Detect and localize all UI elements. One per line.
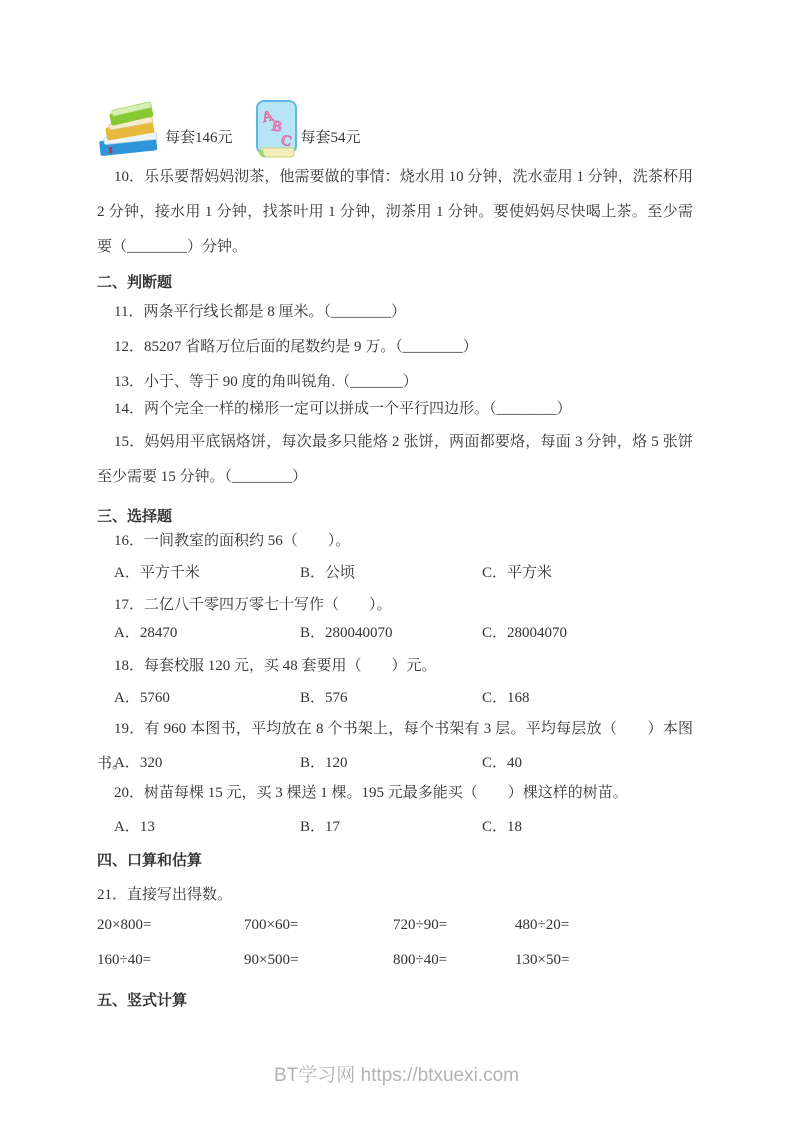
question-20-options: A．13 B．17 C．18 xyxy=(97,810,710,845)
question-18-options: A．5760 B．576 C．168 xyxy=(97,681,710,716)
question-16-stem: 16．一间教室的面积约 56（ ）。 xyxy=(97,524,693,559)
question-17-options: A．28470 B．280040070 C．28004070 xyxy=(97,616,710,651)
question-15: 15．妈妈用平底锅烙饼，每次最多只能烙 2 张饼，两面都要烙，每面 3 分钟，烙… xyxy=(97,425,693,495)
calc-expression: 160÷40= xyxy=(97,943,244,978)
calc-row-1: 20×800= 700×60= 720÷90= 480÷20= xyxy=(97,908,693,943)
calc-expression: 720÷90= xyxy=(393,908,515,943)
section-mental-title: 四、口算和估算 xyxy=(97,846,693,876)
calc-expression: 130×50= xyxy=(515,943,693,978)
question-20-stem: 20．树苗每棵 15 元，买 3 棵送 1 棵。195 元最多能买（ ）棵这样的… xyxy=(97,776,693,811)
option-c: C．18 xyxy=(482,810,710,845)
question-10: 10．乐乐要帮妈妈沏茶，他需要做的事情：烧水用 10 分钟，洗水壶用 1 分钟，… xyxy=(97,160,693,265)
option-b: B．17 xyxy=(300,810,482,845)
question-12: 12．85207 省略万位后面的尾数约是 9 万。（________） xyxy=(97,330,693,365)
question-18-stem: 18．每套校服 120 元，买 48 套要用（ ）元。 xyxy=(97,649,693,684)
option-a: A．平方千米 xyxy=(114,556,300,591)
books-price-label: 每套146元 xyxy=(165,121,233,156)
calc-expression: 480÷20= xyxy=(515,908,693,943)
calc-expression: 20×800= xyxy=(97,908,244,943)
option-a: A．5760 xyxy=(114,681,300,716)
section-vertical-title: 五、竖式计算 xyxy=(97,986,693,1016)
question-16-options: A．平方千米 B．公顷 C．平方米 xyxy=(97,556,710,591)
exam-page: 每套146元 A B C 每套54元 10．乐乐要帮妈妈沏茶，他需要做的事情：烧… xyxy=(0,0,793,1122)
option-b: B．公顷 xyxy=(300,556,482,591)
option-b: B．280040070 xyxy=(300,616,482,651)
footer-watermark-link[interactable]: BT学习网 https://btxuexi.com xyxy=(0,1058,793,1093)
calc-expression: 700×60= xyxy=(244,908,393,943)
question-11: 11．两条平行线长都是 8 厘米。（________） xyxy=(97,295,693,330)
option-c: C．28004070 xyxy=(482,616,710,651)
question-14: 14．两个完全一样的梯形一定可以拼成一个平行四边形。（________） xyxy=(97,392,693,427)
option-b: B．576 xyxy=(300,681,482,716)
price-illustrations: 每套146元 A B C 每套54元 xyxy=(97,96,693,160)
option-a: A．28470 xyxy=(114,616,300,651)
stacked-books-icon xyxy=(97,100,163,160)
abc-book-icon: A B C xyxy=(255,100,299,160)
calc-expression: 90×500= xyxy=(244,943,393,978)
option-c: C．平方米 xyxy=(482,556,710,591)
calc-expression: 800÷40= xyxy=(393,943,515,978)
option-c: C．168 xyxy=(482,681,710,716)
section-judge-title: 二、判断题 xyxy=(97,268,693,298)
option-a: A．13 xyxy=(114,810,300,845)
abc-book-price-label: 每套54元 xyxy=(301,121,361,156)
calc-row-2: 160÷40= 90×500= 800÷40= 130×50= xyxy=(97,943,693,978)
